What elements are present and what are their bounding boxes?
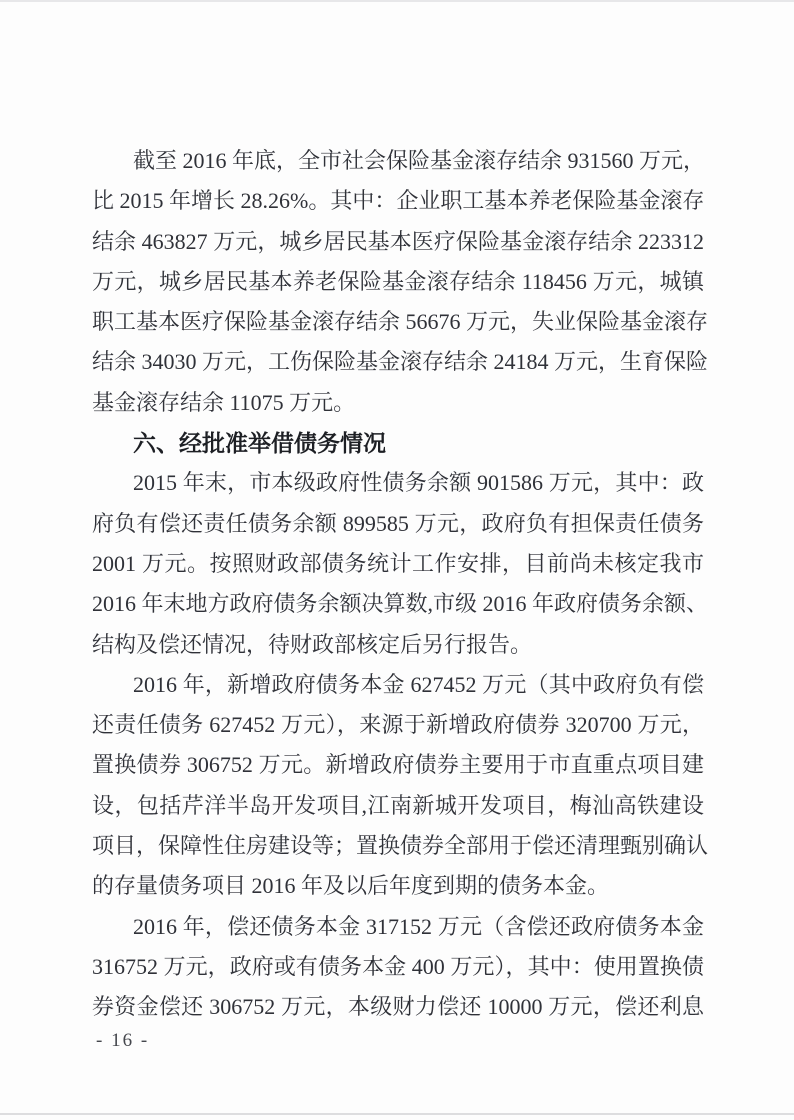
- scan-artifact-top-edge: [0, 0, 794, 2]
- text-line: 2016 年，新增政府债务本金 627452 万元（其中政府负有偿: [92, 665, 704, 705]
- text-line: 2016 年，偿还债务本金 317152 万元（含偿还政府债务本金: [92, 907, 704, 947]
- text-line: 还责任债务 627452 万元），来源于新增政府债券 320700 万元，: [92, 705, 704, 745]
- text-line: 职工基本医疗保险基金滚存结余 56676 万元，失业保险基金滚存: [92, 302, 704, 342]
- text-line: 截至 2016 年底，全市社会保险基金滚存结余 931560 万元，: [92, 141, 704, 181]
- text-line: 万元，城乡居民基本养老保险基金滚存结余 118456 万元，城镇: [92, 262, 704, 302]
- text-line: 比 2015 年增长 28.26%。其中：企业职工基本养老保险基金滚存: [92, 181, 704, 221]
- text-line: 基金滚存结余 11075 万元。: [92, 383, 704, 423]
- text-line: 设，包括芹洋半岛开发项目,江南新城开发项目，梅汕高铁建设: [92, 786, 704, 826]
- text-line: 2016 年末地方政府债务余额决算数,市级 2016 年政府债务余额、: [92, 584, 704, 624]
- text-line: 结余 463827 万元，城乡居民基本医疗保险基金滚存结余 223312: [92, 222, 704, 262]
- section-heading: 六、经批准举借债务情况: [92, 423, 704, 463]
- document-page: 截至 2016 年底，全市社会保险基金滚存结余 931560 万元， 比 201…: [0, 0, 794, 1120]
- text-line: 结余 34030 万元，工伤保险基金滚存结余 24184 万元，生育保险: [92, 342, 704, 382]
- scan-artifact-bottom-edge: [0, 1113, 794, 1115]
- document-body: 截至 2016 年底，全市社会保险基金滚存结余 931560 万元， 比 201…: [92, 141, 704, 1028]
- text-line: 的存量债务项目 2016 年及以后年度到期的债务本金。: [92, 866, 704, 906]
- text-line: 结构及偿还情况，待财政部核定后另行报告。: [92, 625, 704, 665]
- text-line: 项目，保障性住房建设等；置换债券全部用于偿还清理甄别确认: [92, 826, 704, 866]
- text-line: 316752 万元，政府或有债务本金 400 万元），其中：使用置换债: [92, 947, 704, 987]
- text-line: 2001 万元。按照财政部债务统计工作安排，目前尚未核定我市: [92, 544, 704, 584]
- text-line: 2015 年末，市本级政府性债务余额 901586 万元，其中：政: [92, 463, 704, 503]
- text-line: 府负有偿还责任债务余额 899585 万元，政府负有担保责任债务: [92, 504, 704, 544]
- text-line: 置换债券 306752 万元。新增政府债券主要用于市直重点项目建: [92, 745, 704, 785]
- page-number: - 16 -: [96, 1028, 149, 1054]
- text-line: 券资金偿还 306752 万元，本级财力偿还 10000 万元，偿还利息: [92, 987, 704, 1027]
